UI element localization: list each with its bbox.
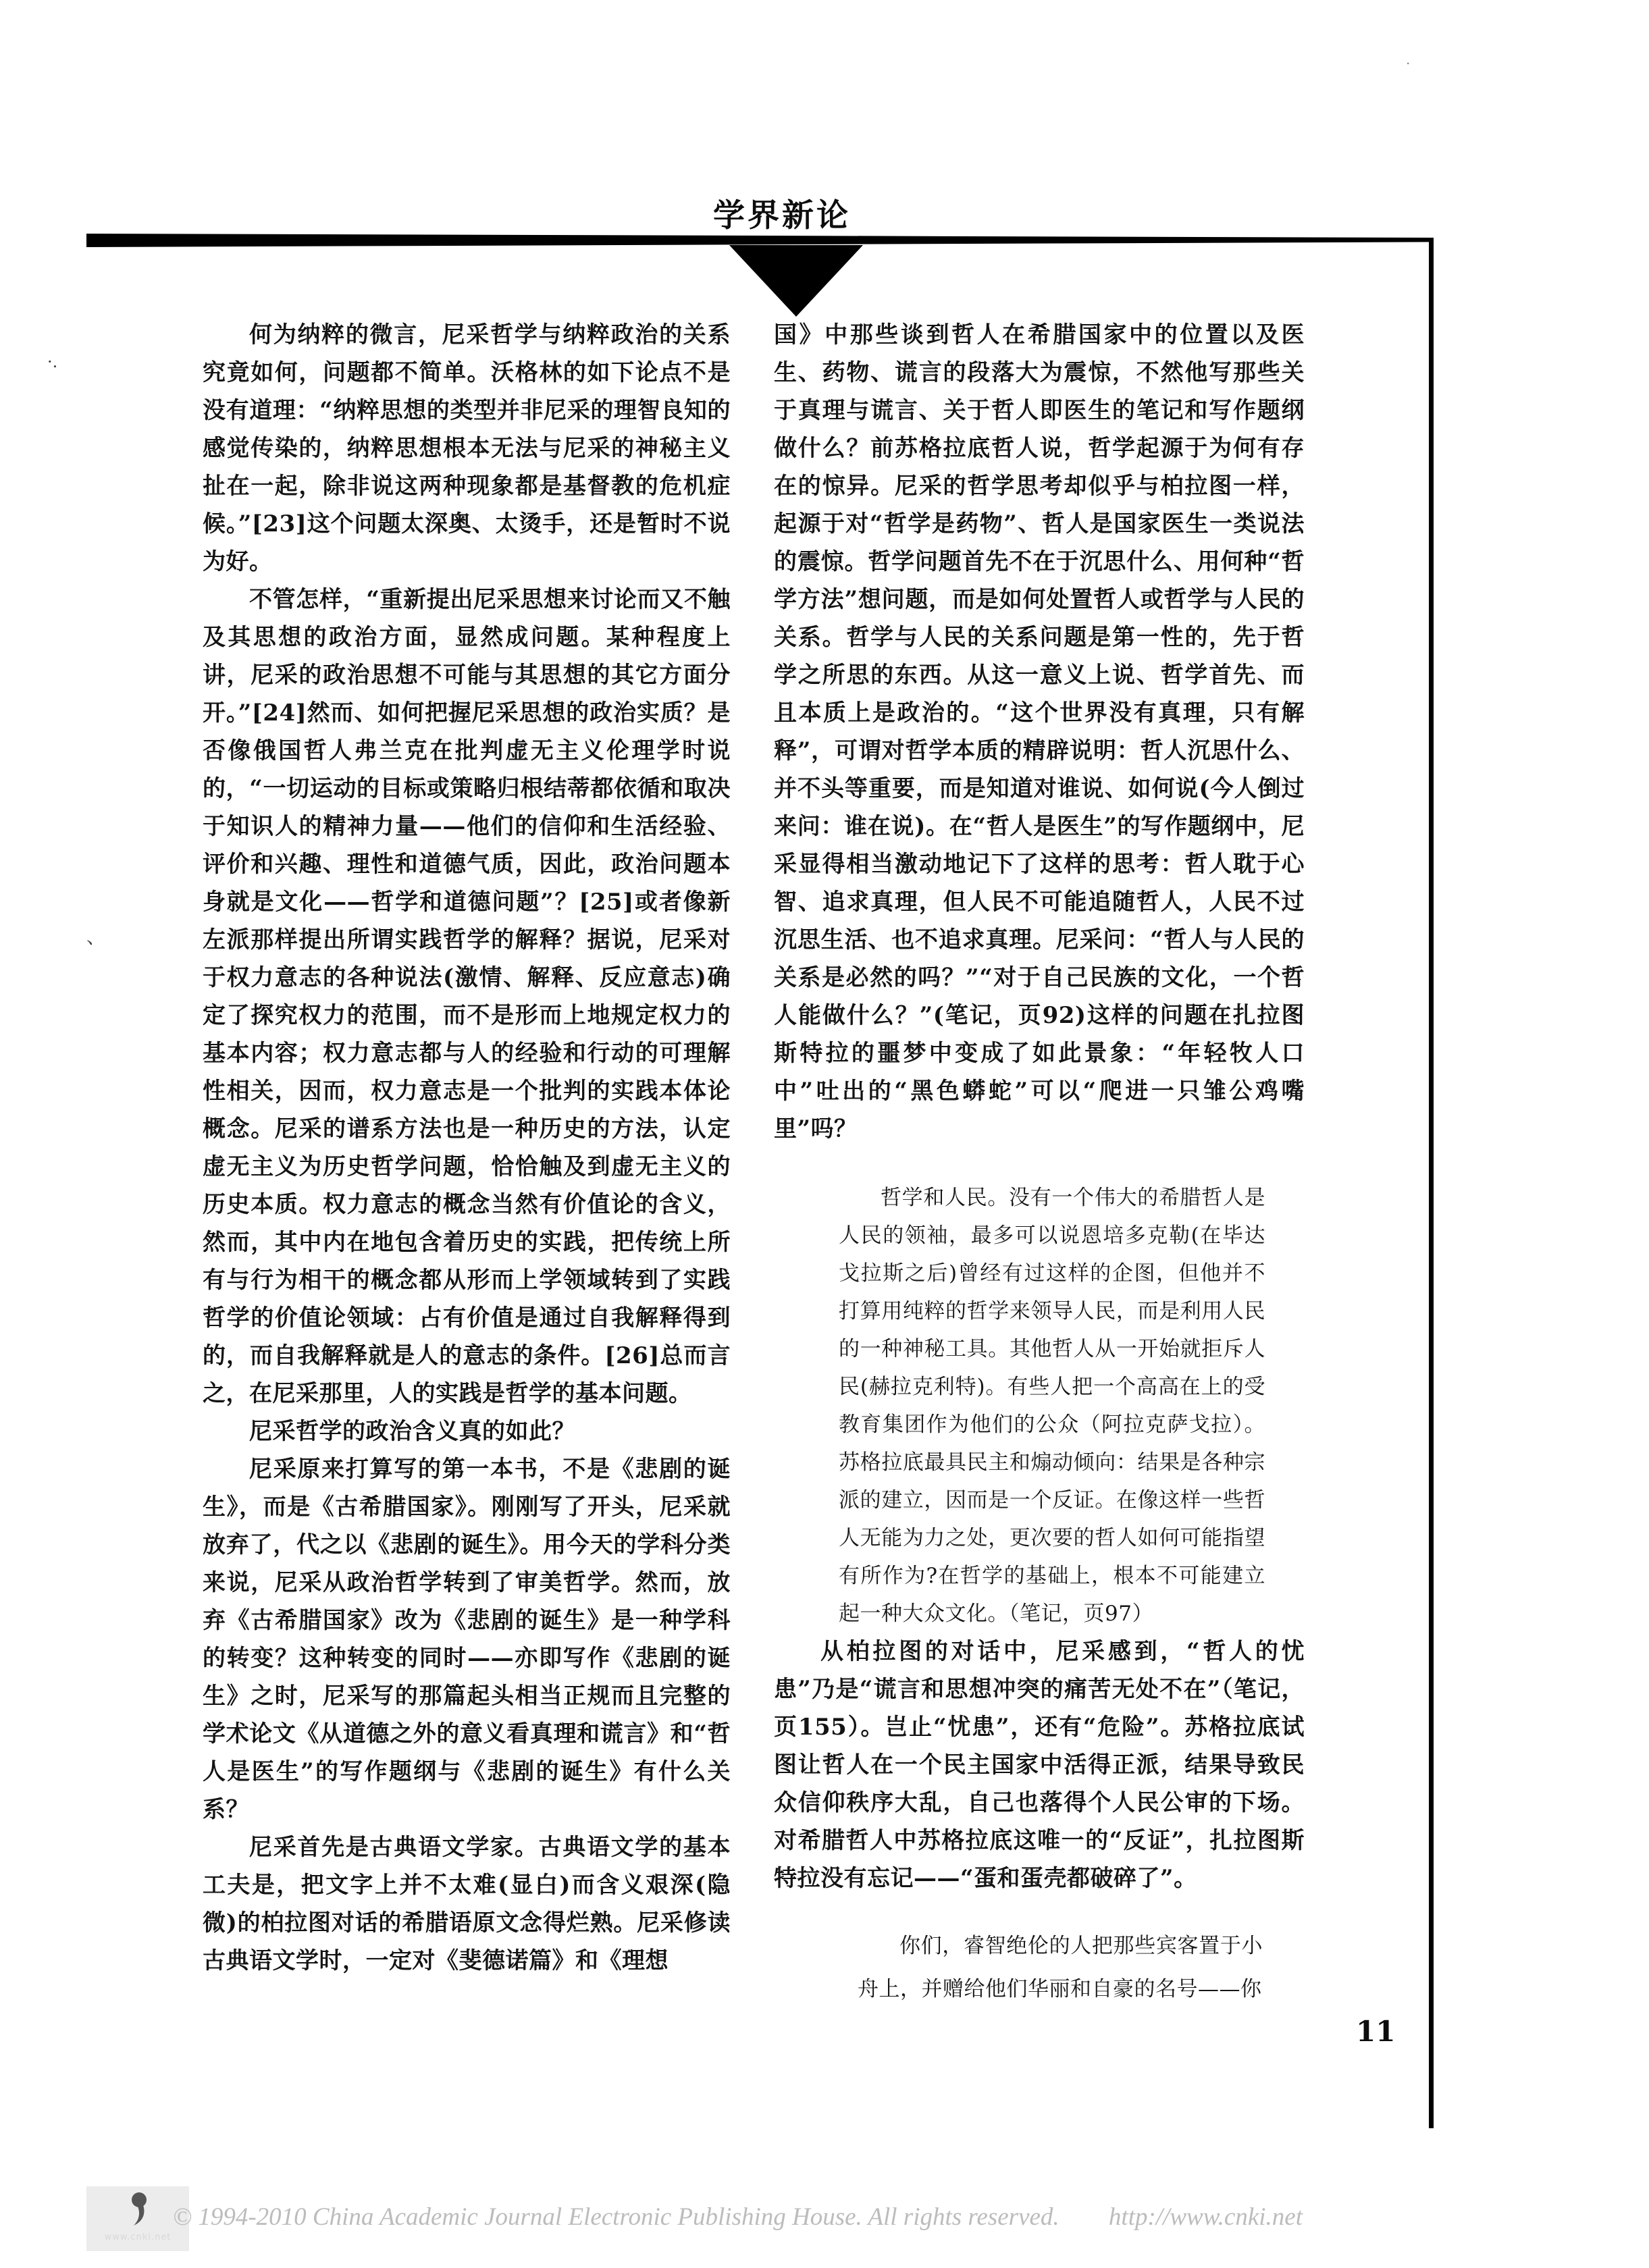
page-number: 11	[1356, 2015, 1395, 2048]
paragraph-plato-dialogues: 从柏拉图的对话中，尼采感到，“哲人的忧患”乃是“谎言和思想冲突的痛苦无处不在”（…	[774, 1633, 1305, 1897]
cnki-logo-caption: www.cnki.net	[86, 2232, 189, 2242]
paragraph-philology: 尼采首先是古典语文学家。古典语文学的基本工夫是，把文字上并不太难(显白)而含义艰…	[203, 1828, 731, 1980]
closing-verse-quote: 你们，睿智绝伦的人把那些宾客置于小舟上，并赠给他们华丽和自豪的名号——你	[858, 1924, 1263, 2011]
paragraph-first-book: 尼采原来打算写的第一本书，不是《悲剧的诞生》，而是《古希腊国家》。刚刚写了开头，…	[203, 1450, 731, 1828]
footer-url: http://www.cnki.net	[1109, 2203, 1303, 2231]
paragraph-continuation: 国》中那些谈到哲人在希腊国家中的位置以及医生、药物、谎言的段落大为震惊，不然他写…	[774, 316, 1305, 1148]
copyright-text: © 1994-2010 China Academic Journal Elect…	[173, 2203, 1059, 2231]
footer-copyright-line: © 1994-2010 China Academic Journal Elect…	[173, 2203, 1523, 2232]
scan-artifact-mark: 、	[86, 922, 105, 949]
left-text-column: 何为纳粹的微言，尼采哲学与纳粹政治的关系究竟如何，问题都不简单。沃格林的如下论点…	[203, 316, 731, 1980]
header-triangle-marker	[729, 245, 863, 317]
right-border-line	[1429, 238, 1434, 2128]
scan-artifact-mark: ·.	[47, 352, 57, 371]
paragraph-political-essence: 不管怎样，“重新提出尼采思想来讨论而又不触及其思想的政治方面，显然成问题。某种程…	[203, 581, 731, 1413]
page-header-title: 学界新论	[713, 190, 862, 236]
block-quote-notes: 哲学和人民。没有一个伟大的希腊哲人是人民的领袖，最多可以说恩培多克勒(在毕达戈拉…	[839, 1179, 1265, 1633]
paragraph-question: 尼采哲学的政治含义真的如此？	[203, 1413, 731, 1450]
right-text-column: 国》中那些谈到哲人在希腊国家中的位置以及医生、药物、谎言的段落大为震惊，不然他写…	[774, 316, 1305, 2011]
scan-artifact-mark: .	[1406, 51, 1410, 68]
paragraph-nazi-whisper: 何为纳粹的微言，尼采哲学与纳粹政治的关系究竟如何，问题都不简单。沃格林的如下论点…	[203, 316, 731, 581]
cnki-swirl-icon	[123, 2218, 153, 2231]
journal-scan-page: 学界新论 何为纳粹的微言，尼采哲学与纳粹政治的关系究竟如何，问题都不简单。沃格林…	[0, 0, 1649, 2268]
